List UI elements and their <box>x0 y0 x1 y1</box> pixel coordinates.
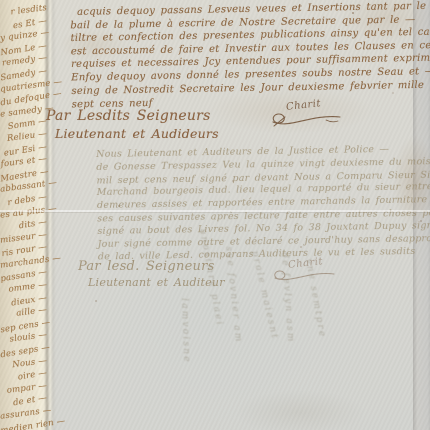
horizontal-fold-crease <box>0 210 430 212</box>
subscription-heading: Par Lesdits Seigneurs Lieutenant et Audi… <box>46 108 219 141</box>
subscription-line: Lieutenant et Audideurs <box>55 126 219 141</box>
registration-paragraph: Nous Lieutenant et Auditeurs de la Justi… <box>96 143 420 264</box>
official-signature: Charit <box>266 102 344 132</box>
closing-paragraph: acquis dequoy passans Lesveus veues et I… <box>70 0 428 111</box>
previous-page-line-endings: r lesditses Et —y quinze —Nom Le —remedy… <box>0 2 47 430</box>
subscription-line: Lieutenant et Auditeur <box>88 276 225 289</box>
subscription-line: Par Lesdits Seigneurs <box>46 108 219 124</box>
manuscript-photo: r lesditses Et —y quinze —Nom Le —remedy… <box>0 0 430 430</box>
